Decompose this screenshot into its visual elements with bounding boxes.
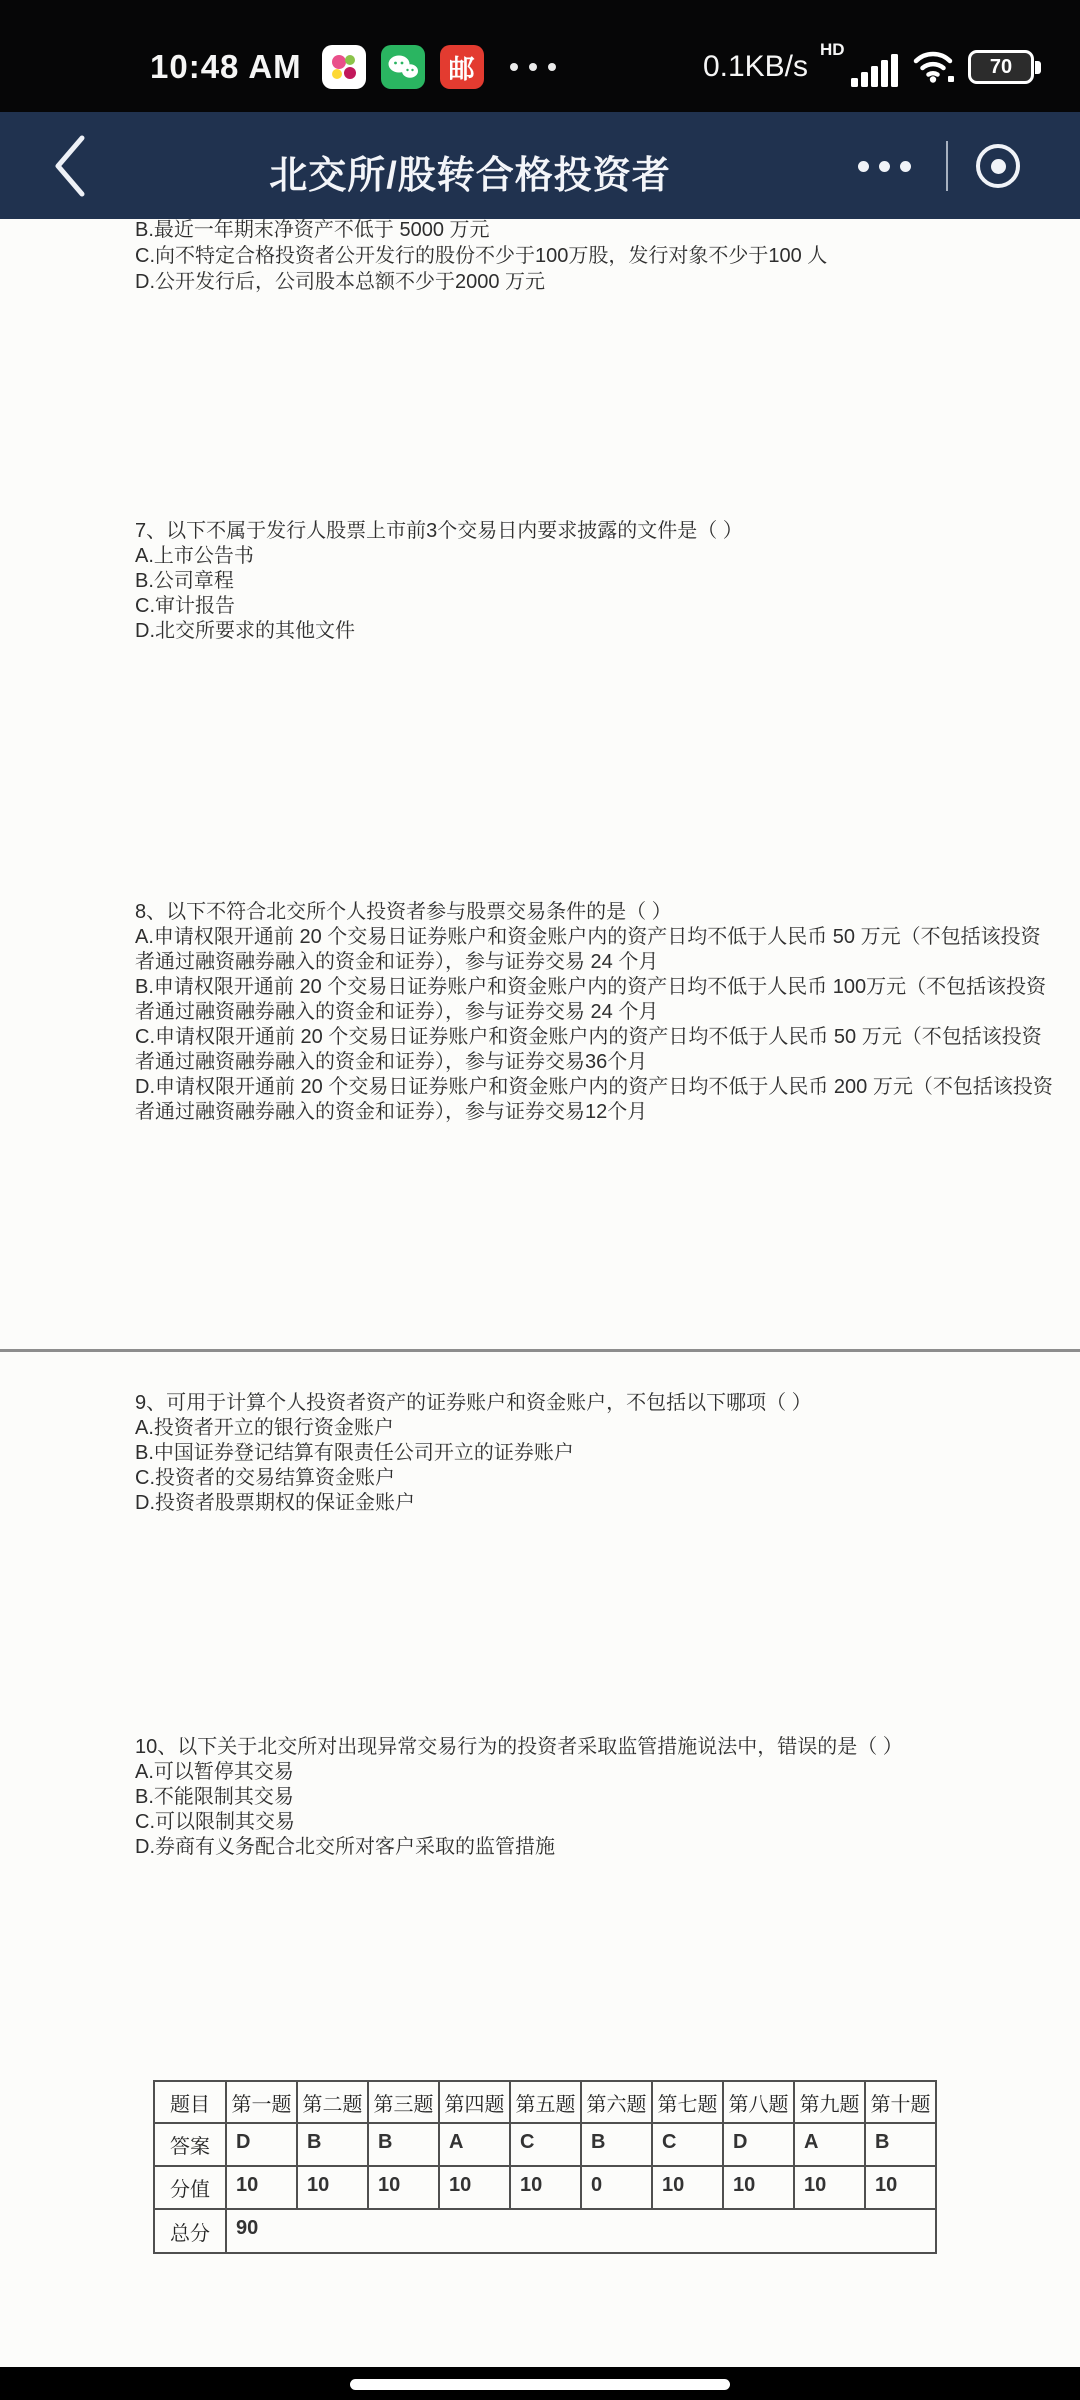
status-bar-inner: 10:48 AM <box>0 34 1080 100</box>
wifi-icon <box>910 46 956 89</box>
score-cell: 10 <box>794 2166 865 2209</box>
header-cell: 第四题 <box>439 2081 510 2123</box>
answer-cell: A <box>794 2123 865 2166</box>
battery-icon: 70 <box>968 50 1034 84</box>
home-indicator[interactable] <box>350 2379 730 2390</box>
header-cell: 第一题 <box>226 2081 297 2123</box>
header-cell: 第二题 <box>297 2081 368 2123</box>
signal-bars-icon <box>851 54 898 87</box>
score-cell: 10 <box>226 2166 297 2209</box>
clock: 10:48 AM <box>150 48 302 86</box>
header-cell: 第五题 <box>510 2081 581 2123</box>
score-cell: 10 <box>723 2166 794 2209</box>
phone-screen: 10:48 AM <box>0 0 1080 2400</box>
option-line: D.券商有义务配合北交所对客户采取的监管措施 <box>135 1835 1060 1860</box>
answer-cell: C <box>510 2123 581 2166</box>
option-line: C.向不特定合格投资者公开发行的股份不少于100万股，发行对象不少于100 人 <box>135 243 1060 269</box>
mail-glyph: 邮 <box>449 49 475 86</box>
header-cell: 题目 <box>154 2081 226 2123</box>
option-line: D.公开发行后，公司股本总额不少于2000 万元 <box>135 269 1060 295</box>
score-row: 分值 10 10 10 10 10 0 10 10 10 10 <box>154 2166 936 2209</box>
question-7: 7、以下不属于发行人股票上市前3个交易日内要求披露的文件是（ ） A.上市公告书… <box>135 519 1060 644</box>
answer-cell: B <box>368 2123 439 2166</box>
hd-badge: HD <box>820 40 845 60</box>
document-view[interactable]: B.最近一年期末净资产不低于 5000 万元 C.向不特定合格投资者公开发行的股… <box>0 219 1080 2367</box>
option-line: C.审计报告 <box>135 594 1060 619</box>
row-label: 分值 <box>154 2166 226 2209</box>
header-cell: 第八题 <box>723 2081 794 2123</box>
option-line: C.申请权限开通前 20 个交易日证券账户和资金账户内的资产日均不低于人民币 5… <box>135 1025 1060 1075</box>
row-label: 答案 <box>154 2123 226 2166</box>
option-line: B.申请权限开通前 20 个交易日证券账户和资金账户内的资产日均不低于人民币 1… <box>135 975 1060 1025</box>
answer-cell: D <box>723 2123 794 2166</box>
gesture-bar <box>0 2367 1080 2400</box>
header-cell: 第六题 <box>581 2081 652 2123</box>
header-cell: 第三题 <box>368 2081 439 2123</box>
target-dot-icon <box>991 159 1006 174</box>
question-text: 9、可用于计算个人投资者资产的证券账户和资金账户，不包括以下哪项（ ） <box>135 1391 1060 1416</box>
total-value: 90 <box>226 2209 936 2253</box>
page-title: 北交所/股转合格投资者 <box>120 144 820 199</box>
notification-icons: 邮 <box>322 45 484 89</box>
option-line: C.投资者的交易结算资金账户 <box>135 1466 1060 1491</box>
question-9: 9、可用于计算个人投资者资产的证券账户和资金账户，不包括以下哪项（ ） A.投资… <box>135 1391 1060 1516</box>
question-text: 7、以下不属于发行人股票上市前3个交易日内要求披露的文件是（ ） <box>135 519 1060 544</box>
minimize-button[interactable] <box>976 144 1020 188</box>
status-bar-right: 0.1KB/s HD 70 <box>703 43 1034 91</box>
answer-cell: D <box>226 2123 297 2166</box>
score-cell: 10 <box>652 2166 723 2209</box>
option-line: D.北交所要求的其他文件 <box>135 619 1060 644</box>
header-cell: 第十题 <box>865 2081 936 2123</box>
mail-app-icon: 邮 <box>440 45 484 89</box>
option-line: D.申请权限开通前 20 个交易日证券账户和资金账户内的资产日均不低于人民币 2… <box>135 1075 1060 1125</box>
score-cell: 10 <box>297 2166 368 2209</box>
answer-cell: B <box>581 2123 652 2166</box>
option-line: B.不能限制其交易 <box>135 1785 1060 1810</box>
option-line: C.可以限制其交易 <box>135 1810 1060 1835</box>
status-bar: 10:48 AM <box>0 0 1080 112</box>
battery-level: 70 <box>990 56 1012 79</box>
header-cell: 第九题 <box>794 2081 865 2123</box>
score-cell: 0 <box>581 2166 652 2209</box>
answer-row: 答案 D B B A C B C D A B <box>154 2123 936 2166</box>
more-options-button[interactable] <box>858 160 911 172</box>
total-row: 总分 90 <box>154 2209 936 2253</box>
wechat-app-icon <box>381 45 425 89</box>
answer-cell: B <box>865 2123 936 2166</box>
more-notifications-icon <box>510 63 556 71</box>
gallery-app-icon <box>322 45 366 89</box>
back-button[interactable] <box>46 132 94 200</box>
answer-cell: C <box>652 2123 723 2166</box>
option-line: B.公司章程 <box>135 569 1060 594</box>
capsule-divider <box>946 141 948 191</box>
score-cell: 10 <box>510 2166 581 2209</box>
score-cell: 10 <box>368 2166 439 2209</box>
question-text: 10、以下关于北交所对出现异常交易行为的投资者采取监管措施说法中，错误的是（ ） <box>135 1735 1060 1760</box>
option-line: A.上市公告书 <box>135 544 1060 569</box>
score-cell: 10 <box>865 2166 936 2209</box>
page-break-line <box>0 1349 1080 1352</box>
option-line: B.中国证券登记结算有限责任公司开立的证券账户 <box>135 1441 1060 1466</box>
question-text: 8、以下不符合北交所个人投资者参与股票交易条件的是（ ） <box>135 900 1060 925</box>
total-label: 总分 <box>154 2209 226 2253</box>
network-speed: 0.1KB/s <box>703 50 808 84</box>
answer-cell: A <box>439 2123 510 2166</box>
question-6-options-partial: B.最近一年期末净资产不低于 5000 万元 C.向不特定合格投资者公开发行的股… <box>135 217 1060 295</box>
answer-score-table: 题目 第一题 第二题 第三题 第四题 第五题 第六题 第七题 第八题 第九题 第… <box>153 2080 937 2254</box>
option-line: B.最近一年期末净资产不低于 5000 万元 <box>135 217 1060 243</box>
cellular-signal-icon: HD <box>820 43 898 91</box>
table-header-row: 题目 第一题 第二题 第三题 第四题 第五题 第六题 第七题 第八题 第九题 第… <box>154 2081 936 2123</box>
mini-program-nav-bar: 北交所/股转合格投资者 <box>0 112 1080 219</box>
header-cell: 第七题 <box>652 2081 723 2123</box>
score-cell: 10 <box>439 2166 510 2209</box>
option-line: A.申请权限开通前 20 个交易日证券账户和资金账户内的资产日均不低于人民币 5… <box>135 925 1060 975</box>
option-line: D.投资者股票期权的保证金账户 <box>135 1491 1060 1516</box>
question-10: 10、以下关于北交所对出现异常交易行为的投资者采取监管措施说法中，错误的是（ ）… <box>135 1735 1060 1860</box>
option-line: A.投资者开立的银行资金账户 <box>135 1416 1060 1441</box>
back-chevron-icon <box>50 133 90 199</box>
option-line: A.可以暂停其交易 <box>135 1760 1060 1785</box>
question-8: 8、以下不符合北交所个人投资者参与股票交易条件的是（ ） A.申请权限开通前 2… <box>135 900 1060 1125</box>
answer-cell: B <box>297 2123 368 2166</box>
